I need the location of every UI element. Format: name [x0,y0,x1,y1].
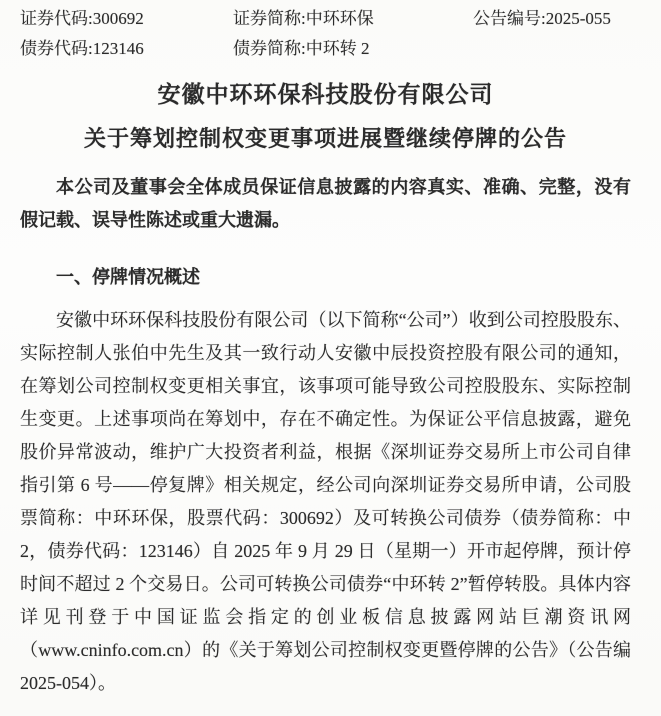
paragraph-line: （www.cninfo.com.cn）的《关于筹划公司控制权变更暨停牌的公告》（… [20,634,631,667]
section-heading: 一、停牌情况概述 [20,264,631,291]
stock-name: 证券简称:中环环保 [233,4,473,34]
paragraph-line: 实际控制人张伯中先生及其一致行动人安徽中辰投资控股有限公司的通知，其正 [20,337,631,370]
paragraph-line: 安徽中环环保科技股份有限公司（以下简称“公司”）收到公司控股股东、 [20,304,631,337]
announcement-number: 公告编号:2025-055 [473,4,631,34]
announcement-title: 关于筹划控制权变更事项进展暨继续停牌的公告 [20,125,631,152]
paragraph-line: 2，债券代码：123146）自 2025 年 9 月 29 日（星期一）开市起停… [20,535,631,568]
disclaimer-paragraph: 本公司及董事会全体成员保证信息披露的内容真实、准确、完整，没有虚假记载、误导性陈… [20,171,631,237]
stock-code: 证券代码:300692 [20,4,233,34]
paragraph-line: 2025-054）。 [20,667,631,700]
disclaimer-line: 本公司及董事会全体成员保证信息披露的内容真实、准确、完整，没有虚 [20,171,631,204]
paragraph-line: 详见刊登于中国证监会指定的创业板信息披露网站巨潮资讯网 [20,601,631,634]
announcement-document: 证券代码:300692 证券简称:中环环保 公告编号:2025-055 债券代码… [0,0,661,716]
paragraph-line: 生变更。上述事项尚在筹划中，存在不确定性。为保证公平信息披露，避免公司 [20,403,631,436]
company-title: 安徽中环环保科技股份有限公司 [20,81,631,108]
disclaimer-line: 假记载、误导性陈述或重大遗漏。 [20,204,631,237]
paragraph-line: 指引第 6 号——停复牌》相关规定，经公司向深圳证券交易所申请，公司股票（股 [20,469,631,502]
paragraph-line: 股价异常波动，维护广大投资者利益，根据《深圳证券交易所上市公司自律监管 [20,436,631,469]
bond-code: 债券代码:123146 [20,34,233,64]
document-header: 证券代码:300692 证券简称:中环环保 公告编号:2025-055 债券代码… [20,4,631,64]
paragraph-line: 票简称：中环环保，股票代码：300692）及可转换公司债券（债券简称：中环转 [20,502,631,535]
bond-name: 债券简称:中环转 2 [233,34,473,64]
body-paragraph: 安徽中环环保科技股份有限公司（以下简称“公司”）收到公司控股股东、实际控制人张伯… [20,304,631,700]
header-row-bond: 债券代码:123146 债券简称:中环转 2 [20,34,631,64]
paragraph-line: 在筹划公司控制权变更相关事宜，该事项可能导致公司控股股东、实际控制人发 [20,370,631,403]
paragraph-line: 时间不超过 2 个交易日。公司可转换公司债券“中环转 2”暂停转股。具体内容 [20,568,631,601]
header-row-stock: 证券代码:300692 证券简称:中环环保 公告编号:2025-055 [20,4,631,34]
header-spacer [473,34,631,64]
